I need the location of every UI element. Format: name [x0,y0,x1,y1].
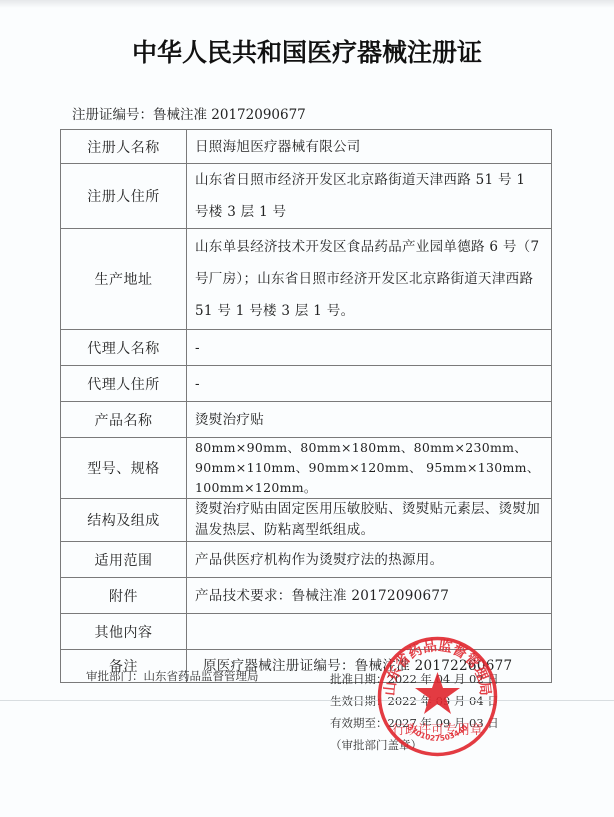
row-label: 注册人名称 [61,130,187,164]
row-label: 代理人住所 [61,366,187,402]
row-label: 代理人名称 [61,330,187,366]
row-value: 80mm×90mm、80mm×180mm、80mm×230mm、90mm×110… [187,438,552,499]
table-row: 注册人住所 山东省日照市经济开发区北京路街道天津西路 51 号 1 号楼 3 层… [61,164,552,229]
scan-artifact-line [0,700,614,701]
row-label: 其他内容 [61,614,187,650]
table-row: 代理人名称 - [61,330,552,366]
table-row: 结构及组成 烫熨治疗贴由固定医用压敏胶贴、烫熨贴元素层、烫熨加温发热层、防粘离型… [61,499,552,542]
row-label: 附件 [61,578,187,614]
document-title: 中华人民共和国医疗器械注册证 [0,33,614,69]
row-value: 山东省日照市经济开发区北京路街道天津西路 51 号 1 号楼 3 层 1 号 [187,164,552,229]
official-seal: 山东省药品监督管理局 行政许可专用章 3701027503440 [375,634,500,759]
row-value: 产品技术要求：鲁械注准 20172090677 [187,578,552,614]
row-value: 山东单县经济技术开发区食品药品产业园单德路 6 号（7 号厂房）；山东省日照市经… [187,229,552,330]
table-row: 产品名称 烫熨治疗贴 [61,402,552,438]
table-row: 代理人住所 - [61,366,552,402]
certificate-table: 注册人名称 日照海旭医疗器械有限公司 注册人住所 山东省日照市经济开发区北京路街… [60,129,552,683]
page-top-shade [0,0,614,8]
approval-department: 审批部门：山东省药品监督管理局 [86,668,259,684]
row-value: - [187,366,552,402]
row-label: 适用范围 [61,542,187,578]
registration-number: 注册证编号：鲁械注准 20172090677 [72,103,306,123]
row-label: 型号、规格 [61,438,187,499]
row-label: 产品名称 [61,402,187,438]
row-value: 烫熨治疗贴由固定医用压敏胶贴、烫熨贴元素层、烫熨加温发热层、防粘离型纸组成。 [187,499,552,542]
table-row: 适用范围 产品供医疗机构作为烫熨疗法的热源用。 [61,542,552,578]
row-label: 结构及组成 [61,499,187,542]
row-label: 生产地址 [61,229,187,330]
row-label: 注册人住所 [61,164,187,229]
row-value: 产品供医疗机构作为烫熨疗法的热源用。 [187,542,552,578]
table-row: 附件 产品技术要求：鲁械注准 20172090677 [61,578,552,614]
table-row: 生产地址 山东单县经济技术开发区食品药品产业园单德路 6 号（7 号厂房）；山东… [61,229,552,330]
table-row: 型号、规格 80mm×90mm、80mm×180mm、80mm×230mm、90… [61,438,552,499]
seal-icon: 山东省药品监督管理局 行政许可专用章 3701027503440 [375,634,500,759]
row-value: 烫熨治疗贴 [187,402,552,438]
row-value: 日照海旭医疗器械有限公司 [187,130,552,164]
table-row: 注册人名称 日照海旭医疗器械有限公司 [61,130,552,164]
row-value: - [187,330,552,366]
